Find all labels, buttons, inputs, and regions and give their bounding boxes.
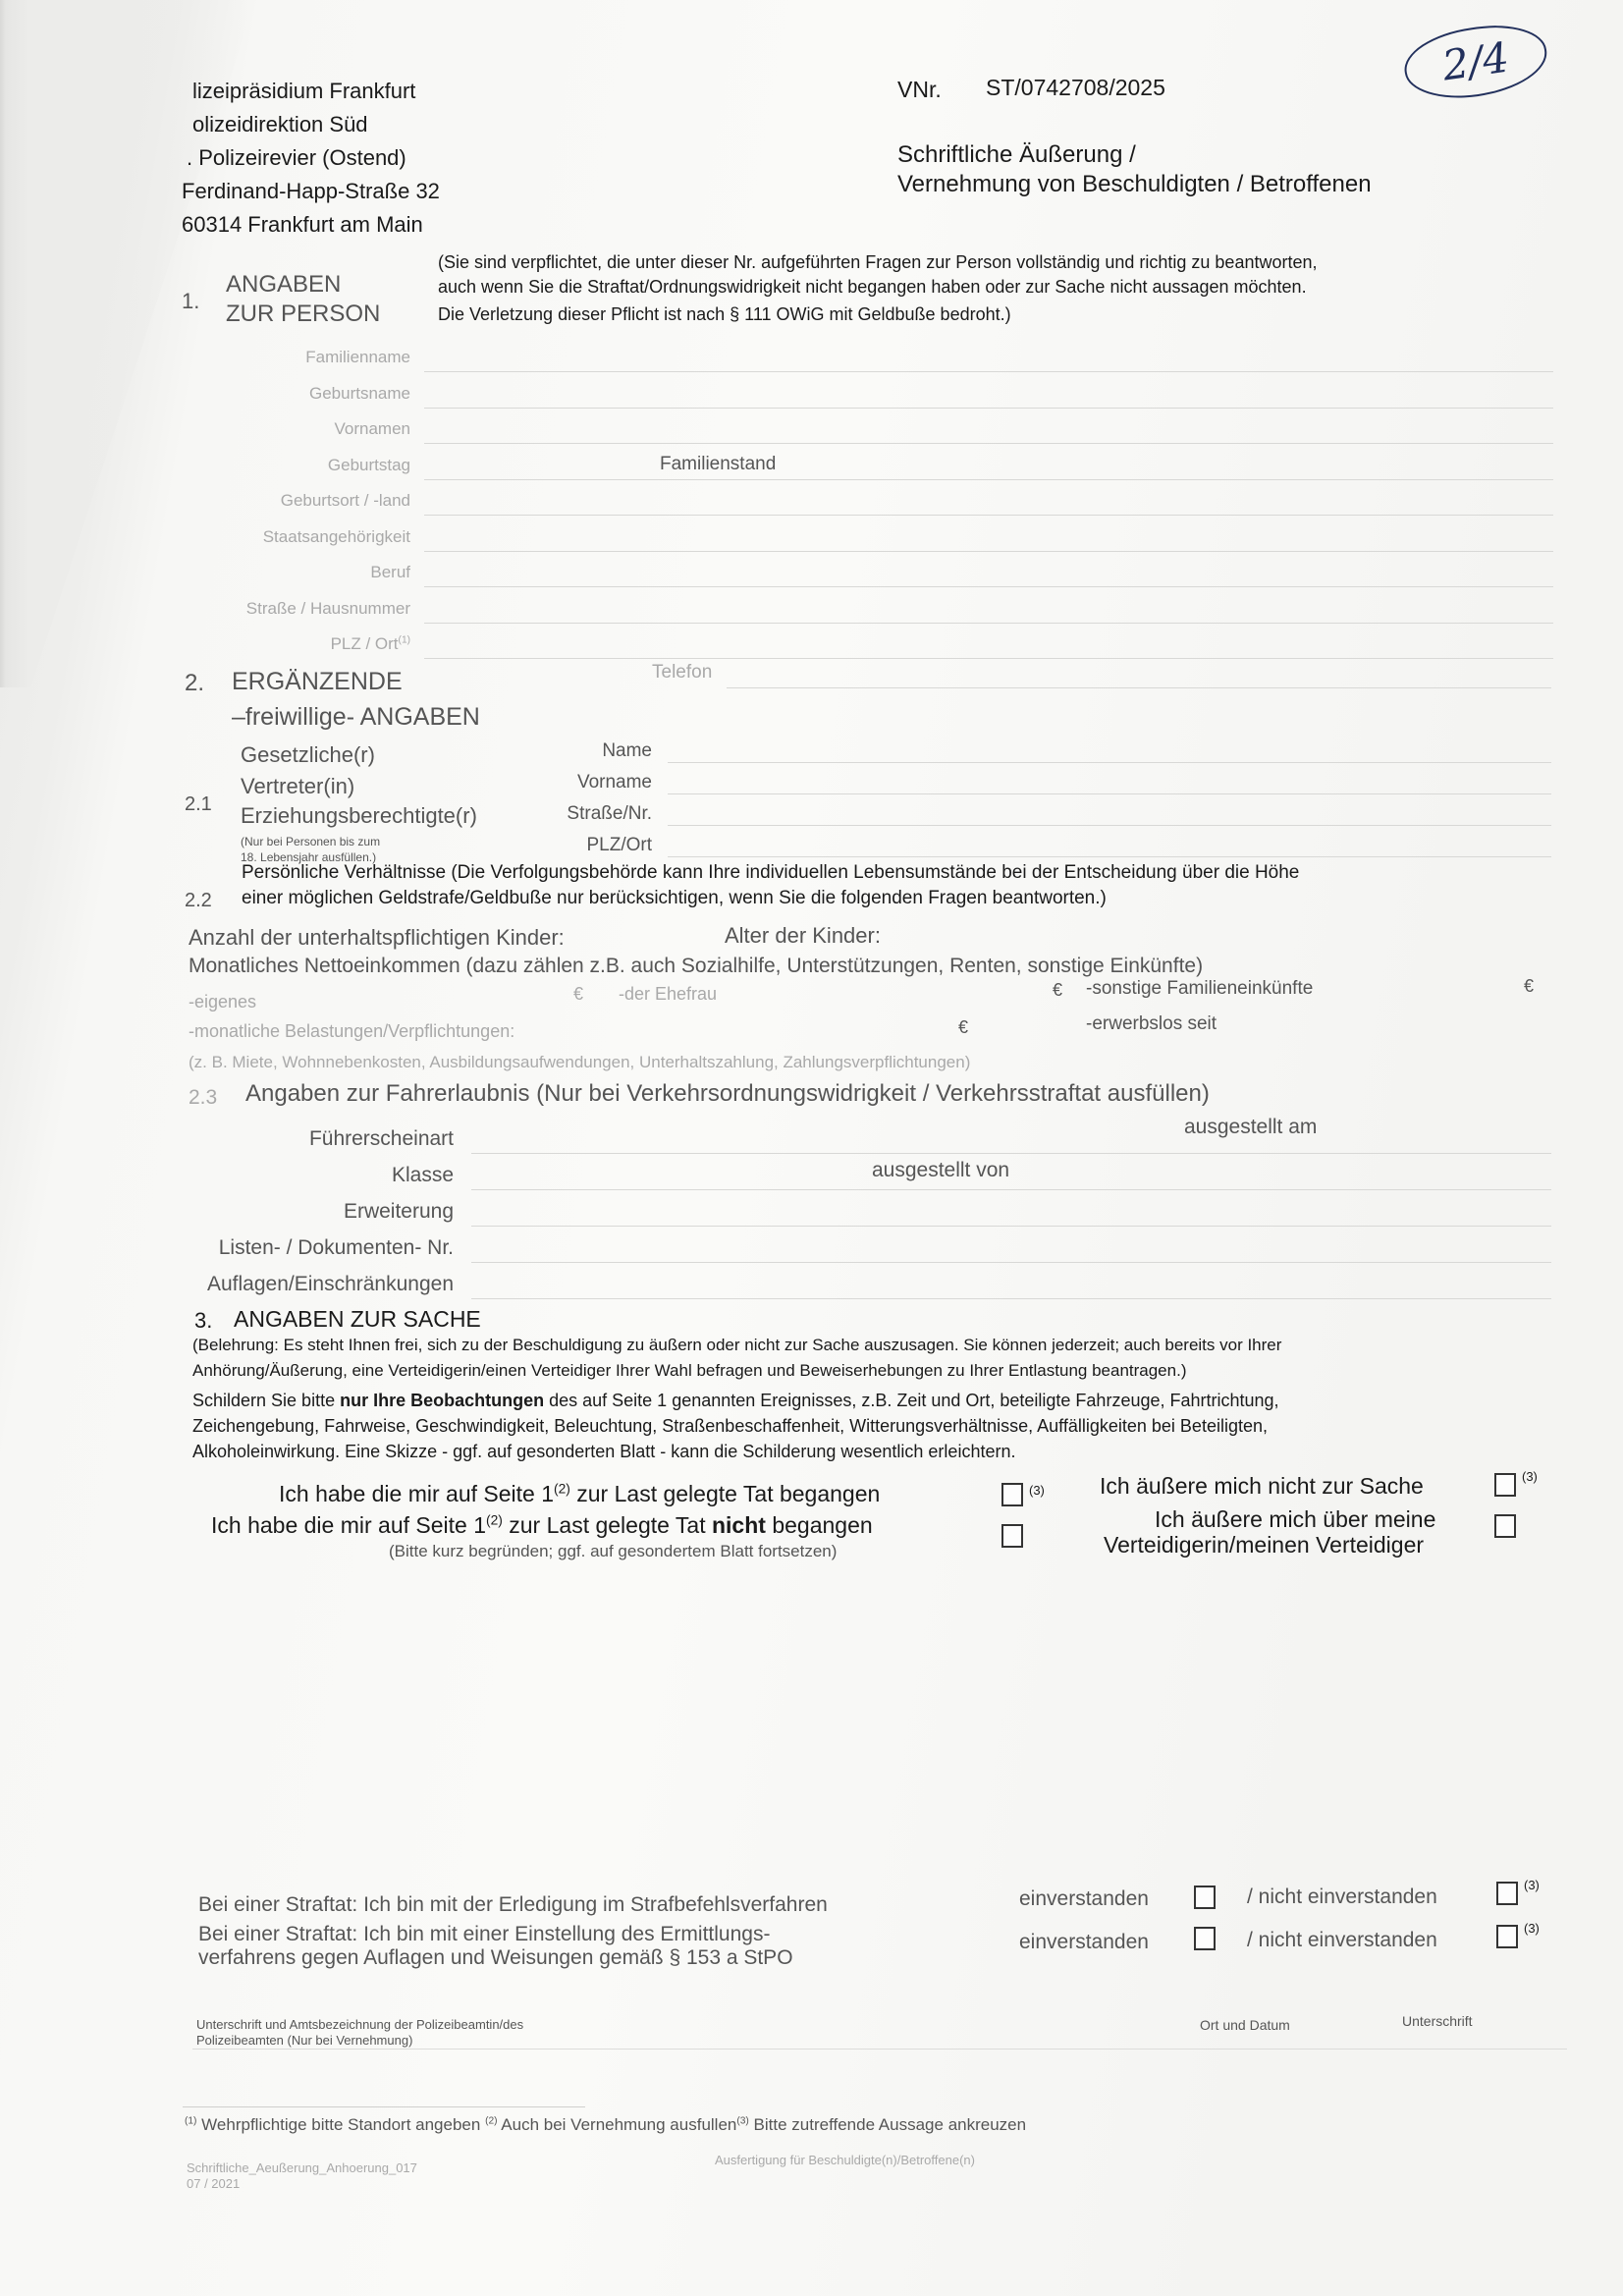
consent2-line2: verfahrens gegen Auflagen und Weisungen … [198,1946,793,1970]
field-underline [471,1189,1551,1190]
field-label-text: PLZ / Ort [331,634,399,653]
authority-line: . Polizeirevier (Ostend) [187,145,406,171]
field-underline [424,551,1553,552]
field-label: Geburtsname [309,384,410,404]
instruction-line2: Zeichengebung, Fahrweise, Geschwindigkei… [192,1416,1268,1437]
sub21-number: 2.1 [185,793,212,816]
field-underline [668,856,1551,857]
field-label-text: Auflagen/Einschränkungen [207,1273,454,1295]
field-input[interactable] [432,382,1545,406]
form-title-line1: Schriftliche Äußerung / [897,141,1136,169]
section2-number: 2. [185,670,204,697]
checkbox-ueber-verteidiger[interactable] [1494,1514,1516,1538]
telefon-line [727,687,1551,688]
belehrung-line1: (Belehrung: Es steht Ihnen frei, sich zu… [192,1336,1281,1355]
field-label: Straße / Hausnummer [246,599,410,619]
form-title-line2: Vernehmung von Beschuldigten / Betroffen… [897,171,1372,198]
field-label: Straße/Nr. [567,803,652,825]
footnote-text: Wehrpflichtige bitte Standort angeben [196,2115,485,2134]
kinder-anzahl-label: Anzahl der unterhaltspflichtigen Kinder: [189,925,565,951]
section3-title: ANGABEN ZUR SACHE [234,1306,481,1333]
option-text: zur Last gelegte Tat begangen [570,1481,880,1506]
field-label: PLZ/Ort [586,835,652,856]
field-input[interactable] [676,833,1543,854]
consent2-line1: Bei einer Straftat: Ich bin mit einer Ei… [198,1923,770,1946]
field-label-text: Vorname [577,772,652,793]
field-input[interactable] [432,417,1545,441]
field-underline [424,586,1553,587]
field-label: Listen- / Dokumenten- Nr. [219,1236,454,1260]
field-label: Geburtsort / -land [281,491,410,511]
field-label-text: Geburtstag [328,456,410,474]
section2-title-line1: ERGÄNZENDE [232,668,403,696]
checkbox-tat-nicht-begangen[interactable] [1001,1524,1023,1548]
officer-signature-label-line1: Unterschrift und Amtsbezeichnung der Pol… [196,2017,523,2032]
option-text: begangen [766,1512,873,1538]
checkbox-consent2-yes[interactable] [1194,1927,1216,1950]
field-label: Beruf [370,563,410,582]
officer-signature-label-line2: Polizeibeamten (Nur bei Vernehmung) [196,2033,412,2048]
field-underline [471,1262,1551,1263]
footnotes: (1) Wehrpflichtige bitte Standort angebe… [185,2115,1026,2135]
familienstand-field[interactable] [815,450,1502,475]
sub21-left-line: Vertreter(in) [241,774,354,799]
field-input[interactable] [479,1234,1543,1260]
section1-number: 1. [182,289,199,314]
instruction-line1: Schildern Sie bitte nur Ihre Beobachtung… [192,1391,1279,1411]
sub21-left-line: Gesetzliche(r) [241,742,375,768]
field-label: Vornamen [335,419,411,439]
signature-line [192,2049,1567,2050]
field-label-text: Geburtsname [309,384,410,403]
field-underline [668,762,1551,763]
field-label: Geburtstag [328,456,410,475]
authority-line: Ferdinand-Happ-Straße 32 [182,179,440,204]
field-input[interactable] [432,525,1545,549]
field-label-text: Erweiterung [344,1200,454,1223]
form-id-line2: 07 / 2021 [187,2176,240,2191]
field-underline [424,443,1553,444]
option-begangen-label: Ich habe die mir auf Seite 1(2) zur Last… [279,1481,880,1507]
sub21-note-line1: (Nur bei Personen bis zum [241,835,380,848]
sub23-title: Angaben zur Fahrerlaubnis (Nur bei Verke… [245,1080,1210,1108]
vnr-label: VNr. [897,77,942,103]
authority-line: lizeipräsidium Frankfurt [192,79,415,104]
field-label: PLZ / Ort(1) [331,634,410,654]
checkbox-consent2-no[interactable] [1496,1925,1518,1948]
eigenes-label: -eigenes [189,992,256,1012]
section2-title-line2: –freiwillige- ANGABEN [232,703,480,732]
telefon-label: Telefon [652,662,712,683]
field-input[interactable] [432,597,1545,621]
field-label: Führerscheinart [309,1127,454,1151]
option-text: Ich habe die mir auf Seite 1 [211,1512,486,1538]
sub21-left-line: Erziehungsberechtigte(r) [241,803,477,829]
field-underline [668,793,1551,794]
field-underline [424,479,1553,480]
signature-label: Unterschrift [1402,2013,1473,2029]
footnote-mark: (3) [736,2115,748,2126]
familienstand-label: Familienstand [660,454,776,475]
section3-number: 3. [194,1308,212,1334]
option-text: zur Last gelegte Tat [503,1512,712,1538]
instruction-emphasis: nur Ihre Beobachtungen [340,1391,544,1410]
field-label-text: Listen- / Dokumenten- Nr. [219,1236,454,1259]
section1-notice-line: Die Verletzung dieser Pflicht ist nach §… [438,304,1011,325]
field-input[interactable] [479,1271,1543,1296]
consent1-line1: Bei einer Straftat: Ich bin mit der Erle… [198,1893,828,1917]
sonstige-label: -sonstige Familieneinkünfte [1086,978,1313,1000]
field-label-text: Straße/Nr. [567,803,652,824]
option-verteidiger-line1: Ich äußere mich über meine [1155,1506,1435,1533]
field-label: Staatsangehörigkeit [263,527,410,547]
consent2-yes-label: einverstanden [1019,1931,1149,1954]
sub22-text-line2: einer möglichen Geldstrafe/Geldbuße nur … [242,888,1107,909]
field-label-text: Familienname [305,348,410,366]
footnote-mark: (1) [185,2115,196,2126]
belastungen-examples: (z. B. Miete, Wohnnebenkosten, Ausbildun… [189,1053,970,1072]
footnote-ref: (2) [554,1481,570,1496]
option-nicht-begangen-label: Ich habe die mir auf Seite 1(2) zur Last… [211,1512,873,1539]
field-underline [424,371,1553,372]
field-input[interactable] [676,801,1543,823]
einkommen-heading: Monatliches Nettoeinkommen (dazu zählen … [189,955,1203,978]
footnote-mark: (2) [485,2115,497,2126]
field-underline [471,1298,1551,1299]
field-label: Klasse [392,1164,454,1187]
field-label-text: PLZ/Ort [586,835,652,855]
section1-notice-line: (Sie sind verpflichtet, die unter dieser… [438,252,1318,273]
instruction-line3: Alkoholeinwirkung. Eine Skizze - ggf. au… [192,1442,1015,1462]
ehefrau-currency: € [1053,980,1062,1001]
sub22-text-line1: Persönliche Verhältnisse (Die Verfolgung… [242,862,1299,884]
field-label-text: Beruf [370,563,410,581]
checkbox-consent1-yes[interactable] [1194,1886,1216,1909]
field-label-text: Geburtsort / -land [281,491,410,510]
field-label-text: Führerscheinart [309,1127,454,1150]
authority-line: olizeidirektion Süd [192,112,368,137]
eigenes-currency: € [573,984,583,1005]
place-date-label: Ort und Datum [1200,2017,1290,2033]
field-label-text: Name [602,740,652,761]
consent1-yes-label: einverstanden [1019,1887,1149,1911]
field-input[interactable] [432,561,1545,584]
footnote-ref: (2) [486,1512,503,1527]
field-input[interactable] [676,770,1543,792]
field-input[interactable] [479,1125,1543,1151]
option-verteidiger-line2: Verteidigerin/meinen Verteidiger [1104,1532,1424,1558]
field-label: Auflagen/Einschränkungen [207,1273,454,1296]
erwerbslos-label: -erwerbslos seit [1086,1013,1217,1035]
nicht-begangen-hint: (Bitte kurz begründen; ggf. auf gesonder… [389,1542,837,1561]
field-input[interactable] [432,489,1545,513]
authority-line: 60314 Frankfurt am Main [182,212,423,238]
option-nicht-zur-sache-label: Ich äußere mich nicht zur Sache [1100,1473,1424,1500]
field-underline [668,825,1551,826]
field-label-text: Staatsangehörigkeit [263,527,410,546]
instruction-rest: des auf Seite 1 genannten Ereignisses, z… [544,1391,1278,1410]
copy-label: Ausfertigung für Beschuldigte(n)/Betroff… [715,2153,975,2167]
field-underline [471,1153,1551,1154]
field-label-text: Straße / Hausnummer [246,599,410,618]
section1-notice-line: auch wenn Sie die Straftat/Ordnungswidri… [438,277,1307,298]
field-underline [424,515,1553,516]
field-input[interactable] [479,1162,1543,1187]
instruction-prefix: Schildern Sie bitte [192,1391,340,1410]
footnote-divider [183,2106,585,2107]
ehefrau-label: -der Ehefrau [619,984,717,1005]
option-text: Ich habe die mir auf Seite 1 [279,1481,554,1506]
field-label-text: Vornamen [335,419,411,438]
footnote-text: Auch bei Vernehmung ausfullen [498,2115,737,2134]
field-label: Name [602,740,652,762]
footnote-text: Bitte zutreffende Aussage ankreuzen [749,2115,1026,2134]
field-input[interactable] [432,632,1545,656]
checkbox-consent1-no[interactable] [1496,1882,1518,1905]
statement-area[interactable] [192,1581,1547,1846]
field-underline [424,658,1553,659]
checkbox-tat-begangen[interactable] [1001,1483,1023,1506]
sonstige-currency: € [1524,976,1534,997]
vnr-value: ST/0742708/2025 [986,75,1165,101]
option-emphasis: nicht [712,1512,766,1538]
field-label: Erweiterung [344,1200,454,1224]
field-underline [471,1226,1551,1227]
belastungen-currency: € [958,1017,968,1038]
consent1-no-label: / nicht einverstanden [1247,1886,1437,1909]
sub22-number: 2.2 [185,890,212,912]
telefon-field[interactable] [736,662,1542,687]
form-id-line1: Schriftliche_Aeußerung_Anhoerung_017 [187,2160,417,2175]
consent2-no-label: / nicht einverstanden [1247,1929,1437,1952]
checkbox-nicht-zur-sache[interactable] [1494,1473,1516,1497]
sub23-number: 2.3 [189,1086,217,1110]
section1-title-line2: ZUR PERSON [226,301,380,328]
field-label: Familienname [305,348,410,367]
section1-title-line1: ANGABEN [226,271,341,299]
footnote-ref: (1) [399,634,410,645]
field-input[interactable] [676,738,1543,760]
field-label: Vorname [577,772,652,793]
field-input[interactable] [479,1198,1543,1224]
field-underline [424,623,1553,624]
field-underline [424,408,1553,409]
kinder-alter-label: Alter der Kinder: [725,923,881,949]
field-input[interactable] [432,346,1545,369]
belastungen-label: -monatliche Belastungen/Verpflichtungen: [189,1021,514,1042]
belehrung-line2: Anhörung/Äußerung, eine Verteidigerin/ei… [192,1361,1186,1381]
field-label-text: Klasse [392,1164,454,1186]
